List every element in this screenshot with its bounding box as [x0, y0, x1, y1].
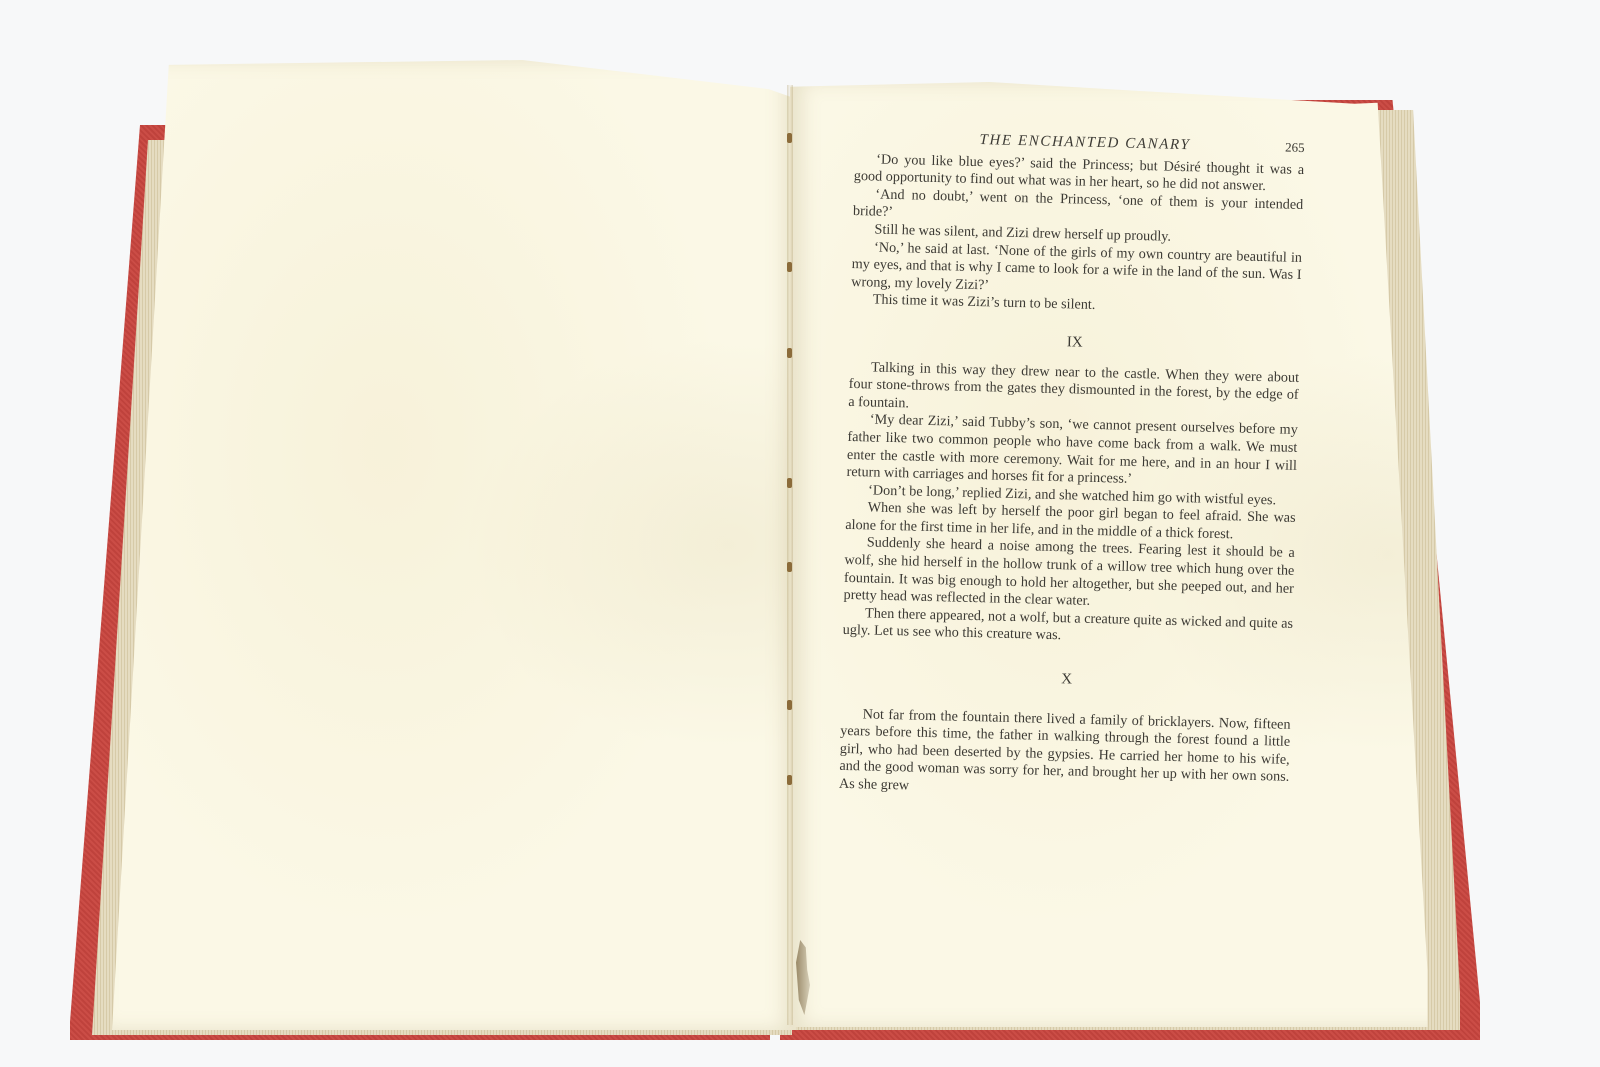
- binding-thread: [787, 133, 792, 143]
- page-text-block: THE ENCHANTED CANARY 265 ‘Do you like bl…: [839, 128, 1305, 804]
- left-page-blank: [112, 60, 796, 1030]
- paragraph: ‘My dear Zizi,’ said Tubby’s son, ‘we ca…: [846, 411, 1298, 492]
- paragraph: Not far from the fountain there lived a …: [839, 705, 1291, 804]
- section-heading-ix: IX: [850, 329, 1300, 358]
- open-book-photo: THE ENCHANTED CANARY 265 ‘Do you like bl…: [0, 0, 1600, 1067]
- binding-thread: [787, 348, 792, 358]
- binding-thread: [787, 775, 792, 785]
- section-heading-x: X: [841, 666, 1291, 695]
- binding-thread: [787, 262, 792, 272]
- binding-thread: [787, 478, 792, 488]
- book-gutter: [787, 85, 793, 1025]
- binding-thread: [787, 700, 792, 710]
- page-number: 265: [1285, 139, 1305, 157]
- paragraph: Suddenly she heard a noise among the tre…: [843, 534, 1295, 615]
- binding-thread: [787, 562, 792, 572]
